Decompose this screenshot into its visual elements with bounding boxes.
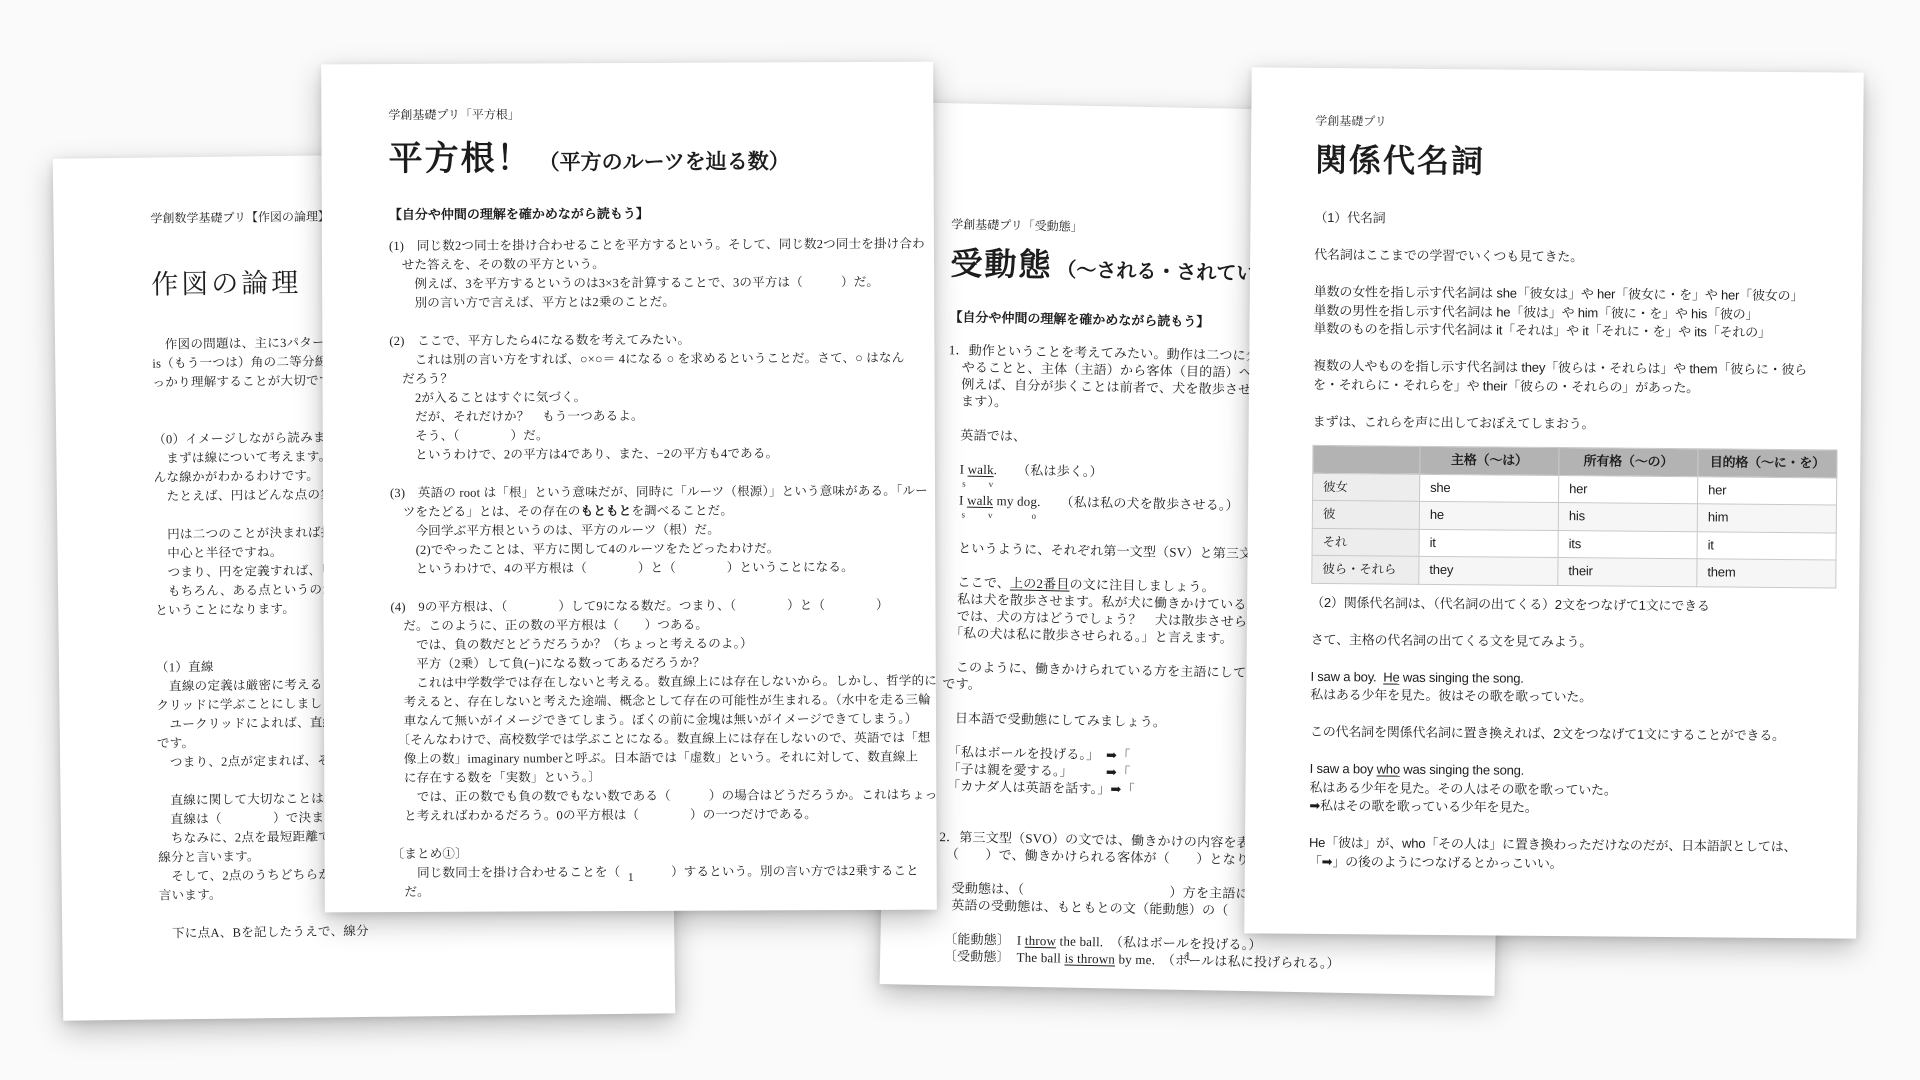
- text-line: ツをたどる」とは、その存在のもともとを調べることだ。: [390, 501, 935, 522]
- page-header: 学創基礎プリ「平方根」: [388, 104, 933, 123]
- text-line: 別の言い方で言えば、平方とは2乗のことだ。: [389, 292, 934, 313]
- table-header-cell: [1313, 445, 1420, 473]
- text-line: 車なんて無いがイメージできてしまう。ぼくの前に金塊は無いがイメージできてしまう。…: [391, 710, 936, 731]
- pronoun-table-wrap: 主格（〜は）所有格（〜の）目的格（〜に・を）彼女sheherher彼hehish…: [1311, 445, 1860, 588]
- table-cell: his: [1558, 503, 1697, 532]
- text-line: (1) 同じ数2つ同士を掛け合わせることを平方するという。そして、同じ数2つ同士…: [389, 235, 934, 256]
- page-number: 1: [325, 869, 937, 887]
- text-line: と考えればわかるだろう。0の平方根は（ ）の一つだけである。: [391, 805, 936, 826]
- table-header-cell: 所有格（〜の）: [1559, 448, 1698, 477]
- text-line: これは中学数学では存在しないと考える。数直線上には存在しないから。しかし、哲学的…: [391, 672, 936, 693]
- text-line: に存在する数を「実数」という。〕: [391, 767, 936, 788]
- text-line: (2) ここで、平方したら4になる数を考えてみたい。: [389, 330, 934, 351]
- text-line: というわけで、4の平方根は（ ）と（ ）ということになる。: [390, 558, 935, 579]
- table-cell: he: [1419, 501, 1558, 530]
- document-collage: 学創数学基礎プリ【作図の論理】 作図の論理 作図の問題は、主に3パターンに分is…: [0, 0, 1920, 1080]
- text-line: 考えると、存在しないと考えた途端、概念として存在の可能性が生まれる。（水中を走る…: [391, 691, 936, 712]
- table-header-cell: 目的格（〜に・を）: [1698, 449, 1837, 478]
- text-line: [391, 824, 936, 845]
- title-sub: （〜される・されている: [1056, 253, 1277, 286]
- page-header: 学創基礎プリ: [1315, 112, 1863, 134]
- title-main: 受動態: [950, 238, 1053, 286]
- text-line: (4) 9の平方根は、（ ）して9になる数だ。つまり、（ ）と（ ）: [390, 596, 935, 617]
- reading-note: 【自分や仲間の理解を確かめながら読もう】: [389, 202, 934, 223]
- text-line: だろう？: [389, 368, 934, 389]
- row-label-cell: 彼女: [1313, 473, 1420, 501]
- text-line: まずは、これらを声に出しておぼえてしまおう。: [1313, 412, 1861, 435]
- table-cell: her: [1559, 475, 1698, 504]
- table-header-cell: 主格（〜は）: [1420, 446, 1559, 475]
- page-title: 関係代名詞: [1315, 135, 1863, 186]
- text-line: 〔まとめ①〕: [392, 843, 937, 864]
- text-line: 例えば、3を平方するというのは3×3を計算することで、3の平方は（ ）だ。: [389, 273, 934, 294]
- text-line: 2が入ることはすぐに気づく。: [390, 387, 935, 408]
- title-main: 平方根！: [388, 130, 532, 180]
- text-line: 像上の数」imaginary numberと呼ぶ。日本語では「虚数」という。それ…: [391, 748, 936, 769]
- text-line: (3) 英語の root は「根」という意味だが、同時に「ルーツ（根源）」という…: [390, 482, 935, 503]
- text-line: [390, 577, 935, 598]
- table-cell: him: [1697, 504, 1836, 533]
- worksheet-kankeidaimeishi: 学創基礎プリ 関係代名詞 （1）代名詞 代名詞はここまでの学習でいくつも見てきた…: [1244, 67, 1864, 938]
- text-line: だが、それだけか？ もう一つあるよ。: [390, 406, 935, 427]
- text-line: [390, 463, 935, 484]
- table-cell: she: [1420, 474, 1559, 503]
- page-title: 平方根！ （平方のルーツを辿る数）: [388, 129, 933, 180]
- text-line: (2)でやったことは、平方に関して4のルーツをたどったわけだ。: [390, 539, 935, 560]
- worksheet-heihokon: 学創基礎プリ「平方根」 平方根！ （平方のルーツを辿る数） 【自分や仲間の理解を…: [321, 62, 937, 913]
- text-line: これは別の言い方をすれば、○×○＝ 4になる ○ を求めるということだ。さて、○…: [389, 349, 934, 370]
- page-body-top: （1）代名詞 代名詞はここまでの学習でいくつも見てきた。 単数の女性を指し示す代…: [1313, 209, 1863, 436]
- text-line: 〔そんなわけで、高校数学では学ぶことになる。数直線上には存在しないので、英語では…: [391, 729, 936, 750]
- text-line: では、正の数でも負の数でもない数である（ ）の場合はどうだろうか。これはちょっ: [391, 786, 936, 807]
- page-body: (1) 同じ数2つ同士を掛け合わせることを平方するという。そして、同じ数2つ同士…: [389, 235, 937, 902]
- table-cell: they: [1419, 556, 1558, 585]
- text-line: だ。このように、正の数の平方根は（ ）つある。: [391, 615, 936, 636]
- row-label-cell: 彼ら・それら: [1312, 555, 1419, 583]
- text-line: 平方（2乗）して負(−)になる数ってあるだろうか？: [391, 653, 936, 674]
- page-body-bottom: （2）関係代名詞は、（代名詞の出てくる）2文をつなげて1文にできる さて、主格の…: [1309, 593, 1859, 875]
- text-line: では、負の数だとどうだろうか？（ちょっと考えるのよ。）: [391, 634, 936, 655]
- row-label-cell: 彼: [1312, 500, 1419, 528]
- text-line: というわけで、2の平方は4であり、また、−2の平方も4である。: [390, 444, 935, 465]
- table-cell: her: [1697, 476, 1836, 505]
- text-line: 今回学ぶ平方根というのは、平方のルーツ（根）だ。: [390, 520, 935, 541]
- table-cell: it: [1419, 529, 1558, 558]
- text-line: せた答えを、その数の平方という。: [389, 254, 934, 275]
- table-row: 彼ら・それらtheytheirthem: [1312, 555, 1836, 587]
- table-cell: them: [1697, 559, 1836, 588]
- table-cell: their: [1558, 558, 1697, 587]
- table-cell: it: [1697, 531, 1836, 560]
- table-cell: its: [1558, 530, 1697, 559]
- pronoun-table: 主格（〜は）所有格（〜の）目的格（〜に・を）彼女sheherher彼hehish…: [1311, 445, 1837, 588]
- row-label-cell: それ: [1312, 528, 1419, 556]
- text-line: そう、（ ）だ。: [390, 425, 935, 446]
- title-sub: （平方のルーツを辿る数）: [539, 145, 790, 176]
- text-line: [389, 311, 934, 332]
